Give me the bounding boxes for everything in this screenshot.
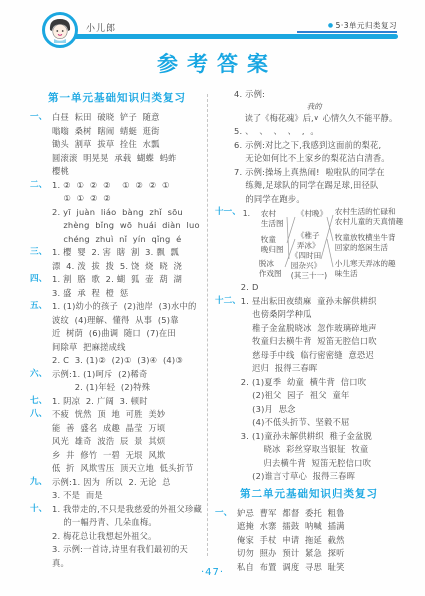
diagram-item-number: 1. [243, 209, 250, 219]
right-column: 4. 示例: 读了《梅花魂》后,我的∨心情久久不能平静。5. 、 、 、 、 ,… [215, 88, 403, 574]
mascot-face-drawing [45, 15, 75, 45]
item-number: 二、 [30, 179, 52, 193]
answer-line: 遮掩 水寨 擂鼓 呐喊 插满 [237, 520, 403, 534]
answer-item-body: 5. 、 、 、 、 , 。 [215, 125, 403, 139]
item-number: 九、 [30, 476, 52, 490]
answer-line: 1. (1)幼小的孩子 (2)池岸 (3)水中的 [52, 300, 204, 314]
answer-line: 1. 割 胳 歌 2. 蝴 狐 壶 葫 湖 [52, 273, 204, 287]
answer-line: 波纹 (4)理解、懂得 从事 (5)靠 [52, 314, 204, 328]
answer-line: 练舞,足球队的同学在踢足球,田径队 [234, 179, 403, 193]
answer-item-body: 1. 割 胳 歌 2. 蝴 狐 壶 葫 湖3. 盛 承 程 橙 惩 [52, 273, 204, 300]
answer-line: 2. D [241, 281, 403, 295]
answer-line: 晓冰 彩丝穿取当银钲 牧童 [241, 443, 403, 457]
diagram-cell: 小儿寒天弄冰的趣 味生活 [335, 259, 396, 279]
diagram-cell: 农村生活的忙碌和 农村儿童的天真情趣 [335, 207, 403, 227]
answer-line: 锄头 割草 拔草 拴住 水瓢 [52, 138, 204, 152]
item-number: 十一、 [215, 206, 241, 220]
answer-item: 7. 示例:操场上真热闹! 啦啦队的同学在 练舞,足球队的同学在踢足球,田径队 … [215, 166, 403, 207]
answer-line: 3. (1)童孙未解供耕织 稚子金盆脱 [241, 430, 403, 444]
answer-item: 十一、1.农村 生活图牧童 晚归图脱冰 作戏图《村晚》《稚子 弄冰》《四时田 园… [215, 206, 403, 295]
diagram-cell: 牧童 晚归图 [261, 235, 284, 255]
mascot-boy-icon [42, 12, 78, 48]
answer-line: 白昼 耘田 破晓 铲子 随意 [52, 111, 204, 125]
badge-underline [297, 31, 397, 33]
answer-line: 2. (1)年轻 (2)特殊 [52, 381, 204, 395]
answer-line: (4)不低头折节、坚毅不屈 [241, 416, 403, 430]
answer-line: zhèng bǐng wō huái diàn luo [52, 219, 204, 233]
answer-line: 示例:1. 因为 所以 2. 无论 总 [52, 476, 204, 490]
answer-line: 示例:1. (1)呵斥 (2)稀奇 [52, 368, 204, 382]
answer-item-body: 4. 示例: 读了《梅花魂》后,我的∨心情久久不能平静。 [215, 88, 403, 125]
answer-line: 2. 梅花总让我想起外祖父。 [52, 530, 204, 544]
answer-line: 漂 4. 泼 拔 拨 5. 饶 烧 晓 浇 [52, 260, 204, 274]
answer-line: 3. 示例:一首诗,诗里有我们最初的天真。 [52, 543, 204, 570]
answer-item-body: 示例:1. 因为 所以 2. 无论 总3. 不是 而是 [52, 476, 204, 503]
diagram-connector [287, 217, 295, 243]
item-number: 十、 [30, 503, 52, 517]
answer-item-body: 1. (1)幼小的孩子 (2)池岸 (3)水中的波纹 (4)理解、懂得 从事 (… [52, 300, 204, 368]
answer-line: 2. C 3. (1)② (2)① (3)④ (4)③ [52, 354, 204, 368]
answer-item-body: 不疲 恍然 顶 地 可胜 美妙能 善 盛名 成趣 晶莹 万顷风光 雄奇 波浩 辰… [52, 408, 204, 476]
item-number: 五、 [30, 300, 52, 314]
answer-line: 也傍桑阴学种瓜 [241, 308, 403, 322]
answer-item-body: 妒忌 曹军 都督 委托 粗鲁遮掩 水寨 擂鼓 呐喊 插满俺家 手杖 申请 拖延 … [237, 507, 403, 575]
answer-item-body: 7. 示例:操场上真热闹! 啦啦队的同学在 练舞,足球队的同学在踢足球,田径队 … [215, 166, 403, 207]
answer-item: 四、1. 割 胳 歌 2. 蝴 狐 壶 葫 湖3. 盛 承 程 橙 惩 [30, 273, 204, 300]
answer-line: 的同学在跑步。 [234, 193, 403, 207]
answer-line: 乡 井 修竹 一碧 无垠 风欺 [52, 449, 204, 463]
item-number: 六、 [30, 368, 52, 382]
answer-item: 二、1. ② ① ② ② ① ② ② ① ① ① ② ②2. yī juàn l… [30, 179, 204, 247]
answer-item: 5. 、 、 、 、 , 。 [215, 125, 403, 139]
answer-line: chéng zhuì nǐ yín qǐng é [52, 233, 204, 247]
answer-line: 妒忌 曹军 都督 委托 粗鲁 [237, 507, 403, 521]
answer-item-body: 1. 樱 婴 2. 害 瞎 割 3. 飘 瓢漂 4. 泼 拔 拨 5. 饶 烧 … [52, 246, 204, 273]
item-number: 七、 [30, 395, 52, 409]
answer-item-body: 示例:1. (1)呵斥 (2)稀奇 2. (1)年轻 (2)特殊 [52, 368, 204, 395]
answer-item-body: 1. 我带走的,不只是我慈爱的外祖父珍藏 的一幅丹青、几朵血梅。2. 梅花总让我… [52, 503, 204, 571]
answer-line: 近 树荫 (6)曲调 随口 (7)在田 [52, 327, 204, 341]
insertion-mark: 我的∨ [314, 111, 323, 121]
answer-line: 无论如何比不上家乡的梨花洁白清香。 [234, 152, 403, 166]
answer-line-with-insertion: 读了《梅花魂》后,我的∨心情久久不能平静。 [234, 111, 403, 126]
answer-item: 五、1. (1)幼小的孩子 (2)池岸 (3)水中的波纹 (4)理解、懂得 从事… [30, 300, 204, 368]
answer-item: 六、示例:1. (1)呵斥 (2)稀奇 2. (1)年轻 (2)特殊 [30, 368, 204, 395]
item-number: 十二、 [215, 295, 241, 309]
diagram-cell: 《稚子 弄冰》 [297, 231, 320, 251]
badge-bullet-icon: ● [328, 22, 334, 29]
diagram-cell: 脱冰 作戏图 [259, 259, 282, 279]
answer-line: 樱桃 [52, 165, 204, 179]
answer-line: ① ① ② ② [52, 192, 204, 206]
caret-icon: ∨ [314, 112, 319, 126]
answer-line: 1. 樱 婴 2. 害 瞎 割 3. 飘 瓢 [52, 246, 204, 260]
answer-line: 低 折 风欺雪压 顶天立地 低头折节 [52, 462, 204, 476]
page-title: 参考答案 [0, 48, 425, 78]
answer-line: 1. ② ① ② ② ① ② ② ① [52, 179, 204, 193]
answer-line: 的一幅丹青、几朵血梅。 [52, 516, 204, 530]
answer-line: 1. 阴凉 2. 广阔 3. 顿时 [52, 395, 204, 409]
answer-line: 5. 、 、 、 、 , 。 [234, 125, 403, 139]
answer-line: 圆滚滚 明晃晃 承载 蝴蝶 蚂蚱 [52, 152, 204, 166]
answer-item: 十二、1. 昼出耘田夜绩麻 童孙未解供耕织 也傍桑阴学种瓜 稚子金盆脱晓冰 忽作… [215, 295, 403, 484]
diagram-connector [327, 217, 333, 241]
answer-line: 1. 昼出耘田夜绩麻 童孙未解供耕织 [241, 295, 403, 309]
answer-line: 稚子金盆脱晓冰 忽作玻璃碎地声 [241, 322, 403, 336]
corner-badge: ●5·3单元归类复习 [328, 20, 397, 31]
answer-line: 迟归 报得三春晖 [241, 362, 403, 376]
answer-line: 2. yī juàn liáo bàng zhǐ sōu [52, 206, 204, 220]
item-number: 四、 [30, 273, 52, 287]
diagram-cell: 农村 生活图 [261, 209, 284, 229]
answer-line: 间除草 把麻搓成线 [52, 341, 204, 355]
answer-item: 八、不疲 恍然 顶 地 可胜 美妙能 善 盛名 成趣 晶莹 万顷风光 雄奇 波浩… [30, 408, 204, 476]
answer-item-body: 1. ② ① ② ② ① ② ② ① ① ① ② ②2. yī juàn liá… [52, 179, 204, 247]
answer-line: 嗡嗡 桑树 瞎闹 蜻蜓 逛街 [52, 125, 204, 139]
answer-line: 3. 不是 而是 [52, 489, 204, 503]
answer-line: 能 善 盛名 成趣 晶莹 万顷 [52, 422, 204, 436]
answer-item-body: 白昼 耘田 破晓 铲子 随意嗡嗡 桑树 瞎闹 蜻蜓 逛街锄头 割草 拔草 拴住 … [52, 111, 204, 179]
answer-item: 三、1. 樱 婴 2. 害 瞎 割 3. 飘 瓢漂 4. 泼 拔 拨 5. 饶 … [30, 246, 204, 273]
answer-item: 4. 示例: 读了《梅花魂》后,我的∨心情久久不能平静。 [215, 88, 403, 125]
item-number: 八、 [30, 408, 52, 422]
answer-key-page: 小儿郎 ●5·3单元归类复习 参考答案 第一单元基础知识归类复习一、白昼 耘田 … [0, 0, 425, 596]
section-header: 第二单元基础知识归类复习 [215, 486, 403, 502]
answer-item-body: 1.农村 生活图牧童 晚归图脱冰 作戏图《村晚》《稚子 弄冰》《四时田 园杂兴》… [241, 206, 403, 295]
diagram-cell: 《村晚》 [297, 209, 327, 219]
answer-item: 九、示例:1. 因为 所以 2. 无论 总3. 不是 而是 [30, 476, 204, 503]
answer-item: 十、1. 我带走的,不只是我慈爱的外祖父珍藏 的一幅丹青、几朵血梅。2. 梅花总… [30, 503, 204, 571]
item-number: 三、 [30, 246, 52, 260]
answer-item: 七、1. 阴凉 2. 广阔 3. 顿时 [30, 395, 204, 409]
item-number: 一、 [30, 111, 52, 125]
answer-item: 6. 示例:对比之下,我感到这面前的梨花, 无论如何比不上家乡的梨花洁白清香。 [215, 139, 403, 166]
answer-line: 慈母手中线 临行密密缝 意恐迟 [241, 349, 403, 363]
answer-line: 牧童归去横牛背 短笛无腔信口吹 [241, 335, 403, 349]
answer-line: 3. 盛 承 程 橙 惩 [52, 287, 204, 301]
answer-line: 俺家 手杖 申请 拖延 截然 [237, 534, 403, 548]
answer-line: 6. 示例:对比之下,我感到这面前的梨花, [234, 139, 403, 153]
column-divider [207, 94, 208, 556]
diagram-cell: 牧童放牧横坐牛背 回家的悠闲生活 [335, 233, 396, 253]
answer-line: 归去横牛背 短笛无腔信口吹 [241, 457, 403, 471]
answer-line: 不疲 恍然 顶 地 可胜 美妙 [52, 408, 204, 422]
answer-item-body: 1. 阴凉 2. 广阔 3. 顿时 [52, 395, 204, 409]
item-number: 一、 [215, 507, 237, 521]
answer-line: (3)月 思念 [241, 403, 403, 417]
header-accent-bar [62, 34, 398, 39]
mascot-label: 小儿郎 [86, 21, 116, 34]
diagram-connector [327, 239, 333, 267]
answer-line: (2)祖父 园子 祖父 童年 [241, 389, 403, 403]
diagram-cell: 《四时田 园杂兴》 (其三十一) [291, 251, 327, 281]
answer-line: 风光 雄奇 波浩 辰 景 其烦 [52, 435, 204, 449]
answer-line: 7. 示例:操场上真热闹! 啦啦队的同学在 [234, 166, 403, 180]
corner-badge-text: 5·3单元归类复习 [336, 21, 397, 30]
answer-item-body: 6. 示例:对比之下,我感到这面前的梨花, 无论如何比不上家乡的梨花洁白清香。 [215, 139, 403, 166]
matching-diagram: 1.农村 生活图牧童 晚归图脱冰 作戏图《村晚》《稚子 弄冰》《四时田 园杂兴》… [241, 207, 421, 279]
section-header: 第一单元基础知识归类复习 [30, 90, 204, 106]
answer-item-body: 1. 昼出耘田夜绩麻 童孙未解供耕织 也傍桑阴学种瓜 稚子金盆脱晓冰 忽作玻璃碎… [241, 295, 403, 484]
answer-line: (2)谁言寸草心 报得三春晖 [241, 470, 403, 484]
answer-item: 一、妒忌 曹军 都督 委托 粗鲁遮掩 水寨 擂鼓 呐喊 插满俺家 手杖 申请 拖… [215, 507, 403, 575]
answer-line: 1. 我带走的,不只是我慈爱的外祖父珍藏 [52, 503, 204, 517]
page-number: ·47· [0, 567, 425, 578]
answer-line: 切勿 照办 预计 紧急 探听 [237, 547, 403, 561]
left-column: 第一单元基础知识归类复习一、白昼 耘田 破晓 铲子 随意嗡嗡 桑树 瞎闹 蜻蜓 … [30, 88, 204, 570]
answer-line: 2. (1)夏季 幼童 横牛背 信口吹 [241, 376, 403, 390]
answer-item: 一、白昼 耘田 破晓 铲子 随意嗡嗡 桑树 瞎闹 蜻蜓 逛街锄头 割草 拔草 拴… [30, 111, 204, 179]
